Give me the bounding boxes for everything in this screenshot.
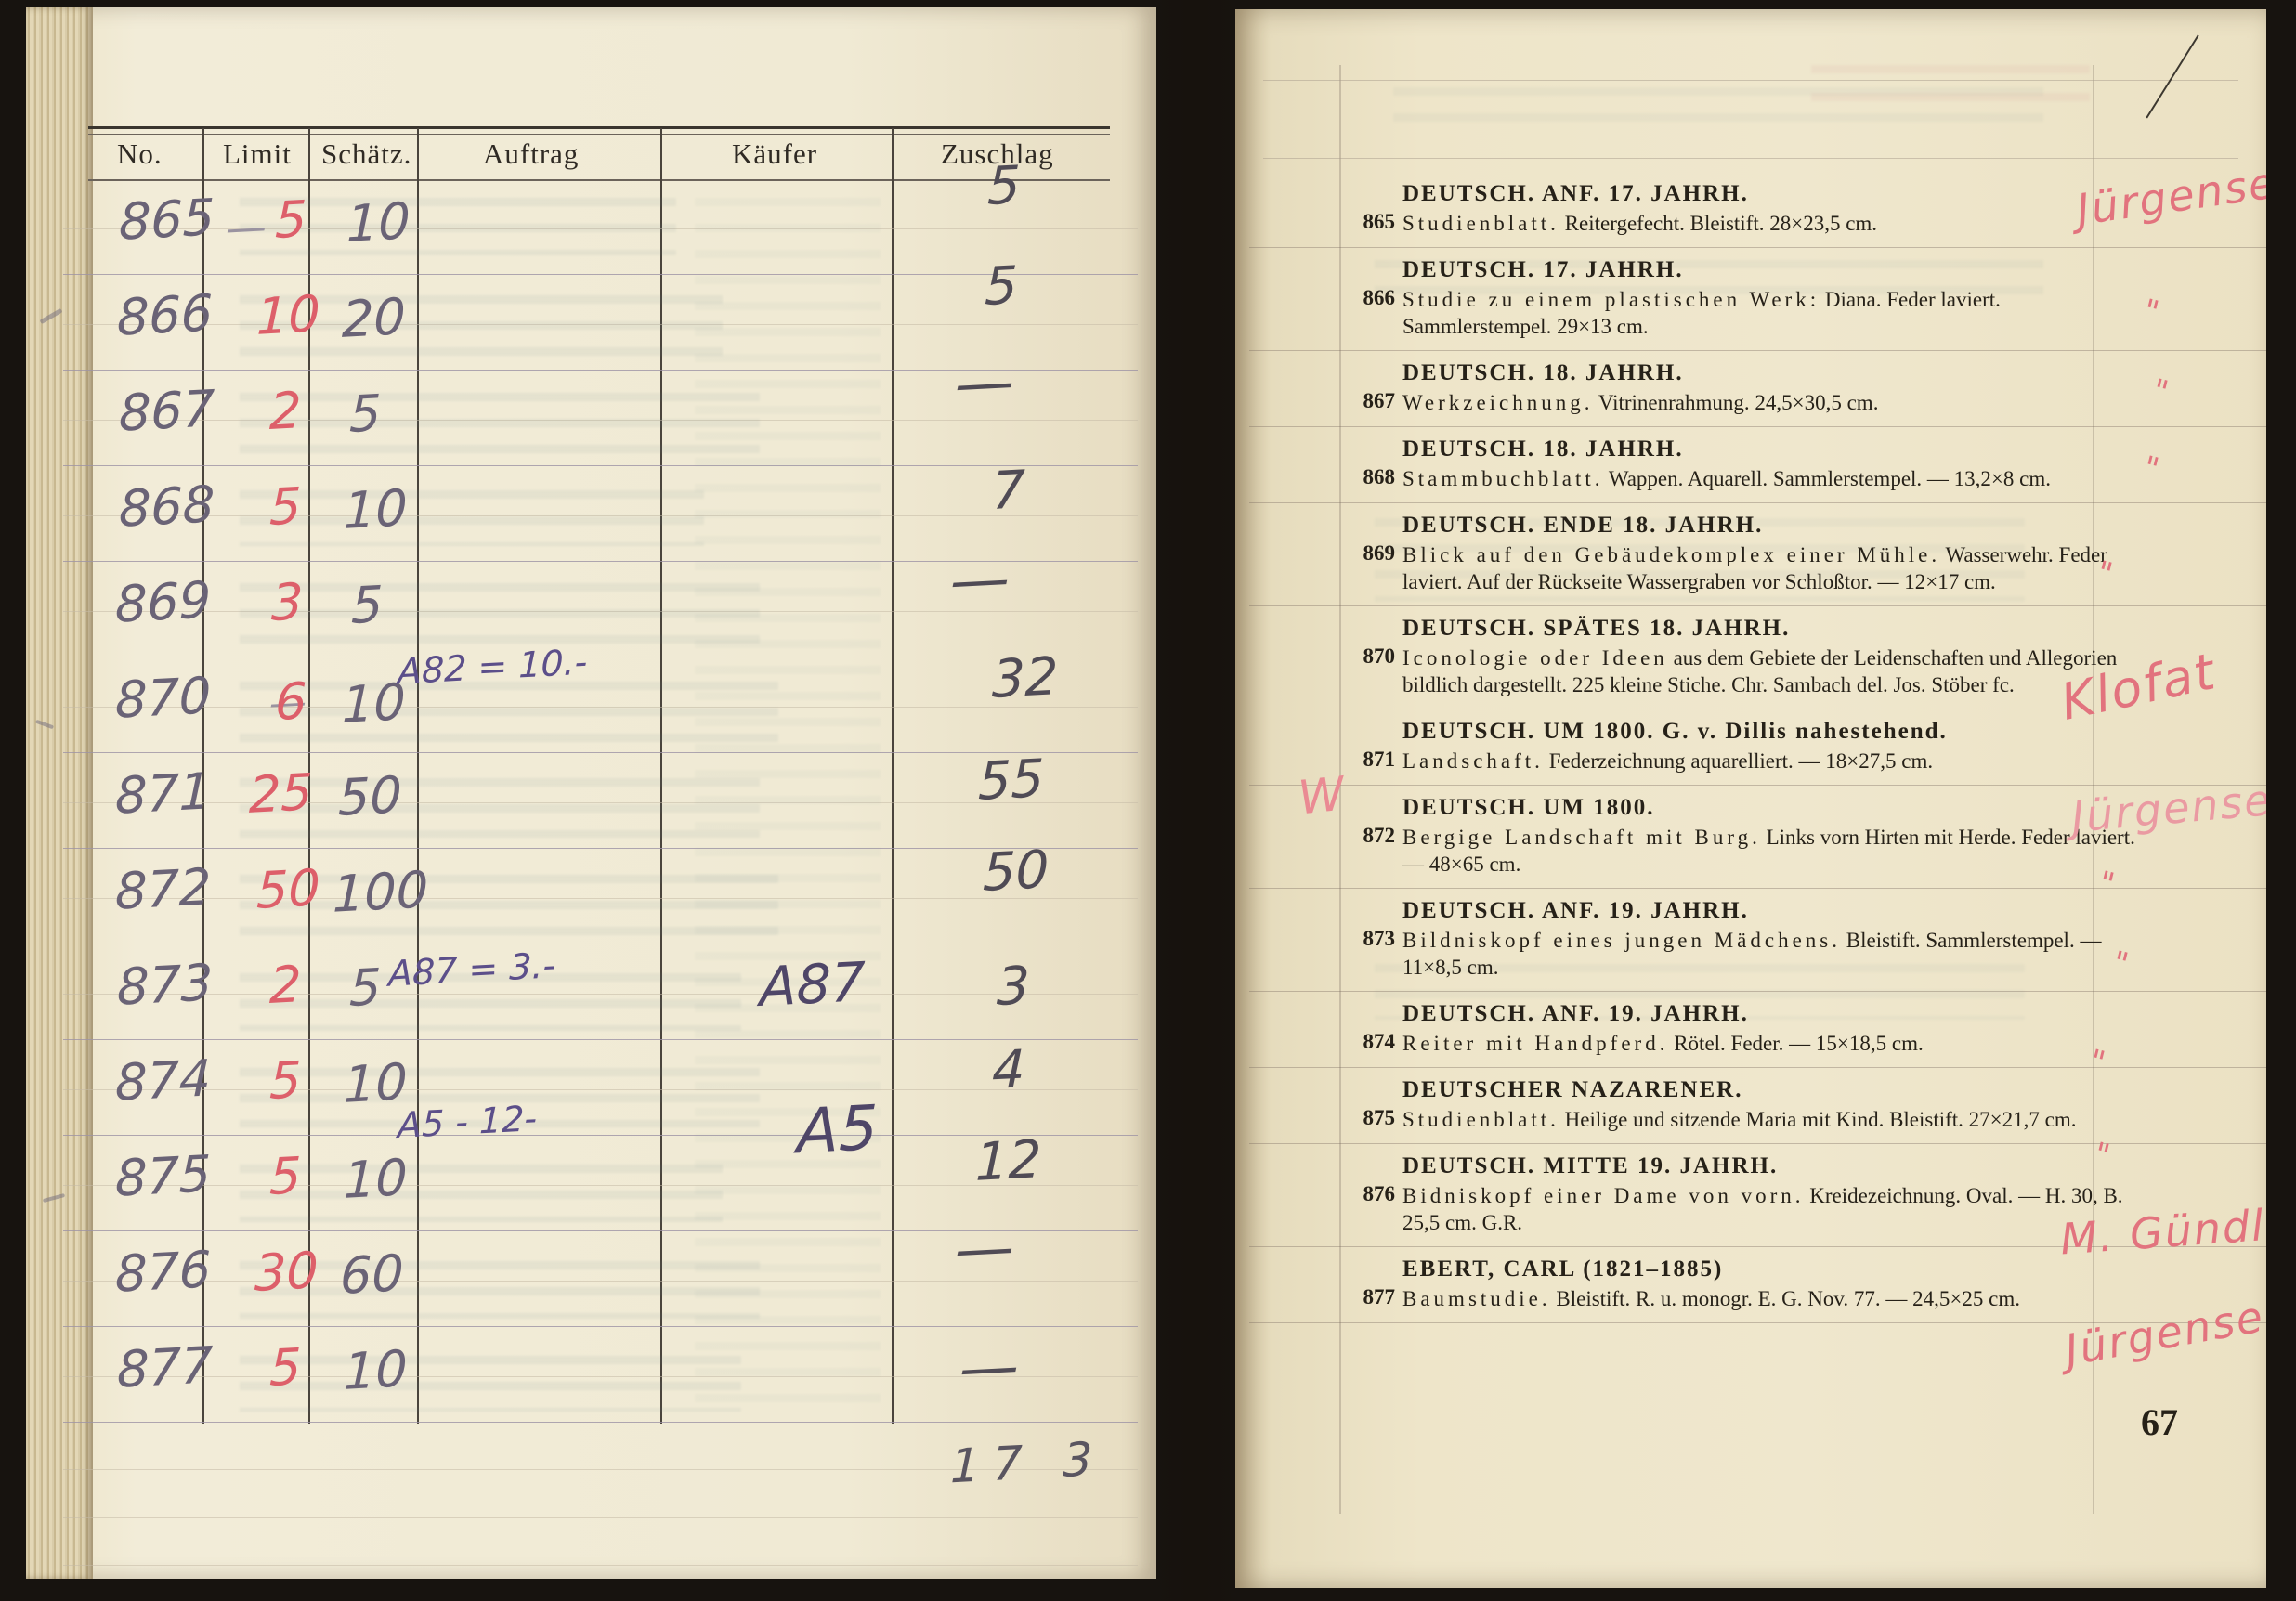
cell-no: 876 xyxy=(115,1240,212,1304)
catalog-entry: 872 DEUTSCH. UM 1800. Bergige Landschaft… xyxy=(1402,794,2138,878)
ruled-line xyxy=(63,1517,1138,1518)
entry-heading: EBERT, CARL (1821–1885) xyxy=(1402,1256,2138,1282)
entry-lead: Landschaft. xyxy=(1402,749,1544,773)
entry-lead: Baumstudie. xyxy=(1402,1287,1551,1310)
entry-lead: Bidniskopf einer Dame von vorn. xyxy=(1402,1184,1805,1207)
cell-schaetz: 5 xyxy=(350,575,383,635)
row-line xyxy=(63,274,1138,275)
entry-lead: Studie zu einem plastischen Werk: xyxy=(1402,288,1820,311)
catalog-entry: 871 DEUTSCH. UM 1800. G. v. Dillis nahes… xyxy=(1402,718,2138,774)
entry-heading: DEUTSCH. ANF. 19. JAHRH. xyxy=(1402,897,2138,924)
cell-zuschlag: 55 xyxy=(977,748,1044,813)
entry-heading: DEUTSCH. ANF. 17. JAHRH. xyxy=(1402,180,2138,207)
entry-heading: DEUTSCH. 18. JAHRH. xyxy=(1402,436,2138,462)
entry-rest: Reitergefecht. Bleistift. 28×23,5 cm. xyxy=(1565,212,1877,235)
cell-schaetz: 10 xyxy=(343,478,408,540)
ruled-line xyxy=(1263,80,2238,81)
entry-number: 865 xyxy=(1341,210,1395,234)
entry-description: Iconologie oder Ideen aus dem Gebiete de… xyxy=(1402,644,2138,698)
entry-lead: Studienblatt. xyxy=(1402,212,1559,235)
ditto-mark: " xyxy=(2139,449,2162,489)
pen-stroke xyxy=(2146,34,2198,118)
bleedthrough-ghost xyxy=(240,1356,741,1412)
entry-lead: Reiter mit Handpferd. xyxy=(1402,1032,1668,1055)
cell-schaetz: 10 xyxy=(341,672,406,735)
catalog-entry: 870 DEUTSCH. SPÄTES 18. JAHRH. Iconologi… xyxy=(1402,615,2138,698)
entry-rest: Bleistift. R. u. monogr. E. G. Nov. 77. … xyxy=(1556,1287,2020,1310)
kaeufer-note: A5 xyxy=(796,1092,878,1168)
catalog-entries: 865 DEUTSCH. ANF. 17. JAHRH. Studienblat… xyxy=(1402,180,2138,1332)
bleedthrough-ghost xyxy=(240,583,760,648)
row-line xyxy=(63,848,1138,849)
cell-limit: 5 xyxy=(274,189,307,250)
cell-limit: 5 xyxy=(268,476,301,537)
cell-limit: 50 xyxy=(255,858,320,920)
entry-description: Stammbuchblatt. Wappen. Aquarell. Sammle… xyxy=(1402,465,2138,492)
cell-schaetz: 5 xyxy=(348,384,381,444)
ditto-mark: " xyxy=(2148,372,2172,412)
cell-zuschlag: 50 xyxy=(982,840,1049,904)
cell-limit: 2 xyxy=(268,955,301,1015)
entry-description: Werkzeichnung. Vitrinenrahmung. 24,5×30,… xyxy=(1402,389,2138,416)
entry-rest: Heilige und sitzende Maria mit Kind. Ble… xyxy=(1565,1108,2077,1131)
entry-description: Reiter mit Handpferd. Rötel. Feder. — 15… xyxy=(1402,1030,2138,1057)
entry-heading: DEUTSCH. UM 1800. G. v. Dillis nahestehe… xyxy=(1402,718,2138,745)
entry-description: Bergige Landschaft mit Burg. Links vorn … xyxy=(1402,824,2138,878)
entry-heading: DEUTSCH. UM 1800. xyxy=(1402,794,2138,821)
entry-number: 871 xyxy=(1341,748,1395,772)
entry-heading: DEUTSCH. 17. JAHRH. xyxy=(1402,256,2138,283)
entry-rest: Federzeichnung aquarelliert. — 18×27,5 c… xyxy=(1549,749,1933,773)
entry-heading: DEUTSCH. ANF. 19. JAHRH. xyxy=(1402,1000,2138,1027)
header-underline xyxy=(88,179,1110,181)
catalog-right-page: 865 DEUTSCH. ANF. 17. JAHRH. Studienblat… xyxy=(1235,9,2266,1588)
entry-lead: Studienblatt. xyxy=(1402,1108,1559,1131)
entry-number: 874 xyxy=(1341,1030,1395,1054)
cell-no: 865 xyxy=(119,188,215,252)
row-line xyxy=(63,944,1138,944)
cell-zuschlag: 5 xyxy=(986,155,1021,217)
entry-number: 877 xyxy=(1341,1285,1395,1309)
column-header-limit: Limit xyxy=(223,137,292,171)
column-header-no: No. xyxy=(117,137,163,171)
cell-no: 872 xyxy=(115,857,212,921)
kaeufer-note: A87 xyxy=(759,950,866,1019)
entry-heading: DEUTSCHER NAZARENER. xyxy=(1402,1076,2138,1103)
row-line xyxy=(63,465,1138,466)
entry-description: Landschaft. Federzeichnung aquarelliert.… xyxy=(1402,748,2138,774)
column-header-kaeufer: Käufer xyxy=(732,137,817,171)
entry-heading: DEUTSCH. SPÄTES 18. JAHRH. xyxy=(1402,615,2138,642)
catalog-entry: 866 DEUTSCH. 17. JAHRH. Studie zu einem … xyxy=(1402,256,2138,340)
bleedthrough-ghost xyxy=(1811,65,2090,121)
cell-schaetz: 20 xyxy=(341,287,406,349)
bleedthrough-ghost xyxy=(240,1165,723,1222)
entry-description: Bildniskopf eines jungen Mädchens. Bleis… xyxy=(1402,927,2138,981)
table-top-rule-2 xyxy=(88,134,1110,135)
ditto-mark: " xyxy=(2139,293,2162,332)
auftrag-note: A5 - 12- xyxy=(398,1098,538,1146)
entry-description: Studie zu einem plastischen Werk: Diana.… xyxy=(1402,286,2138,340)
cell-limit: 30 xyxy=(254,1241,319,1303)
cell-limit: 6 xyxy=(274,671,307,732)
catalog-entry: 868 DEUTSCH. 18. JAHRH. Stammbuchblatt. … xyxy=(1402,436,2138,492)
entry-rest: Wappen. Aquarell. Sammlerstempel. — 13,2… xyxy=(1609,467,2051,490)
entry-description: Bidniskopf einer Dame von vorn. Kreideze… xyxy=(1402,1182,2138,1236)
scanned-ledger-book: No. Limit Schätz. Auftrag Käufer Zuschla… xyxy=(0,0,2296,1601)
cell-zuschlag: 4 xyxy=(991,1039,1025,1101)
entry-number: 866 xyxy=(1341,286,1395,310)
page-number: 67 xyxy=(2141,1400,2178,1444)
entry-lead: Bergige Landschaft mit Burg. xyxy=(1402,826,1761,849)
table-top-rule xyxy=(88,126,1110,129)
entry-number: 876 xyxy=(1341,1182,1395,1206)
cell-limit-dash: — xyxy=(226,203,267,253)
cell-limit: 5 xyxy=(268,1337,301,1398)
cell-no: 873 xyxy=(117,953,214,1017)
entry-lead: Blick auf den Gebäudekomplex einer Mühle… xyxy=(1402,543,1940,566)
cell-zuschlag: 32 xyxy=(991,646,1058,710)
entry-number: 869 xyxy=(1341,541,1395,566)
cell-limit: 5 xyxy=(268,1050,301,1111)
bleedthrough-ghost xyxy=(240,490,704,546)
cell-zuschlag: 5 xyxy=(984,255,1018,318)
row-line xyxy=(63,1039,1138,1040)
cell-schaetz: 60 xyxy=(339,1243,404,1306)
cell-no: 869 xyxy=(115,570,212,634)
cell-no: 870 xyxy=(115,666,212,730)
cell-limit: 3 xyxy=(270,572,303,632)
ruled-line xyxy=(1263,158,2238,159)
row-line xyxy=(63,1326,1138,1327)
row-line xyxy=(63,752,1138,753)
cell-no: 866 xyxy=(117,283,214,347)
entry-number: 868 xyxy=(1341,465,1395,489)
entry-heading: DEUTSCH. MITTE 19. JAHRH. xyxy=(1402,1152,2138,1179)
entry-description: Studienblatt. Heilige und sitzende Maria… xyxy=(1402,1106,2138,1133)
cell-schaetz: 100 xyxy=(333,860,429,924)
bleedthrough-ghost xyxy=(240,778,760,838)
bleedthrough-ghost xyxy=(695,198,881,1405)
cell-schaetz: 10 xyxy=(343,1339,408,1401)
cell-limit: 25 xyxy=(248,762,313,825)
page-fore-edge xyxy=(26,7,93,1579)
catalog-entry: 876 DEUTSCH. MITTE 19. JAHRH. Bidniskopf… xyxy=(1402,1152,2138,1236)
margin-note-w: W xyxy=(1296,767,1347,826)
entry-rest: Vitrinenrahmung. 24,5×30,5 cm. xyxy=(1598,391,1879,414)
cell-schaetz: 10 xyxy=(346,191,411,254)
entry-lead: Bildniskopf eines jungen Mädchens. xyxy=(1402,929,1841,952)
cell-zuschlag: 3 xyxy=(996,956,1030,1018)
catalog-entry: 865 DEUTSCH. ANF. 17. JAHRH. Studienblat… xyxy=(1402,180,2138,237)
catalog-entry: 867 DEUTSCH. 18. JAHRH. Werkzeichnung. V… xyxy=(1402,359,2138,416)
book-spine-shadow xyxy=(1156,0,1235,1601)
cell-zuschlag: — xyxy=(954,347,1011,419)
catalog-entry: 875 DEUTSCHER NAZARENER. Studienblatt. H… xyxy=(1402,1076,2138,1133)
catalog-entry: 874 DEUTSCH. ANF. 19. JAHRH. Reiter mit … xyxy=(1402,1000,2138,1057)
entry-description: Studienblatt. Reitergefecht. Bleistift. … xyxy=(1402,210,2138,237)
row-line xyxy=(63,657,1138,657)
cell-no: 867 xyxy=(119,379,215,443)
catalog-entry: 877 EBERT, CARL (1821–1885) Baumstudie. … xyxy=(1402,1256,2138,1312)
cell-zuschlag: — xyxy=(954,1213,1011,1284)
cell-schaetz: 10 xyxy=(343,1148,408,1210)
catalog-entry: 873 DEUTSCH. ANF. 19. JAHRH. Bildniskopf… xyxy=(1402,897,2138,981)
row-line xyxy=(63,1422,1138,1423)
entry-number: 875 xyxy=(1341,1106,1395,1130)
entry-heading: DEUTSCH. 18. JAHRH. xyxy=(1402,359,2138,386)
cell-no: 874 xyxy=(115,1048,212,1113)
cell-no: 871 xyxy=(115,761,212,826)
cell-limit: 2 xyxy=(268,381,301,441)
cell-schaetz: 5 xyxy=(348,957,381,1018)
ledger-left-page: No. Limit Schätz. Auftrag Käufer Zuschla… xyxy=(26,7,1156,1579)
column-header-schaetz: Schätz. xyxy=(321,137,411,171)
entry-number: 872 xyxy=(1341,824,1395,848)
column-divider xyxy=(892,128,894,1424)
entry-description: Blick auf den Gebäudekomplex einer Mühle… xyxy=(1402,541,2138,595)
entry-lead: Werkzeichnung. xyxy=(1402,391,1594,414)
cell-limit: 10 xyxy=(255,284,320,346)
entry-lead: Stammbuchblatt. xyxy=(1402,467,1604,490)
entry-heading: DEUTSCH. ENDE 18. JAHRH. xyxy=(1402,512,2138,539)
zuschlag-total: 17 3 xyxy=(950,1432,1106,1494)
cell-zuschlag: — xyxy=(949,544,1006,616)
entry-description: Baumstudie. Bleistift. R. u. monogr. E. … xyxy=(1402,1285,2138,1312)
cell-no: 877 xyxy=(117,1335,214,1399)
cell-zuschlag: 7 xyxy=(991,460,1025,522)
entry-rest: Rötel. Feder. — 15×18,5 cm. xyxy=(1674,1032,1924,1055)
cell-no: 875 xyxy=(115,1144,212,1208)
entry-lead: Iconologie oder Ideen xyxy=(1402,646,1668,670)
catalog-entry: 869 DEUTSCH. ENDE 18. JAHRH. Blick auf d… xyxy=(1402,512,2138,595)
bleedthrough-ghost xyxy=(240,393,760,454)
entry-number: 870 xyxy=(1341,644,1395,669)
cell-zuschlag: — xyxy=(959,1332,1015,1403)
column-header-auftrag: Auftrag xyxy=(483,137,579,171)
ruled-line xyxy=(63,1565,1138,1566)
cell-schaetz: 50 xyxy=(337,765,402,827)
cell-zuschlag: 12 xyxy=(974,1129,1041,1193)
entry-number: 867 xyxy=(1341,389,1395,413)
buyer-annotation: Jürgensen xyxy=(2073,153,2266,235)
entry-number: 873 xyxy=(1341,927,1395,951)
cell-no: 868 xyxy=(119,475,215,539)
cell-limit: 5 xyxy=(268,1146,301,1206)
